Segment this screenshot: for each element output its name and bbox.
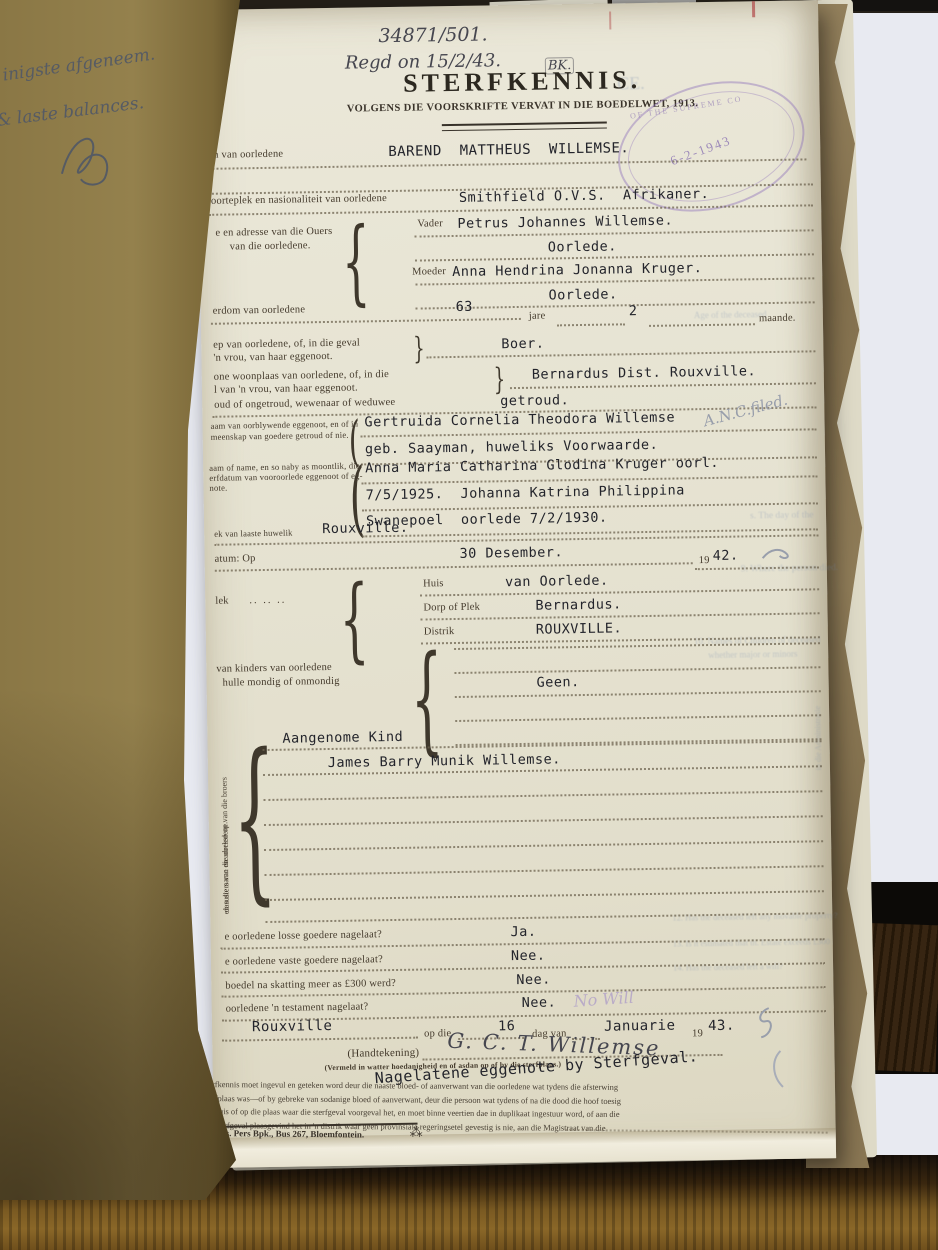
no-will-handwritten: No Will [573, 988, 634, 1011]
dotted-line [426, 350, 815, 358]
spouse-value-2: geb. Saayman, huweliks Voorwaarde. [365, 437, 659, 458]
footnote-block: sterfkennis moet ingevul en geteken word… [202, 1078, 822, 1136]
dotted-line [222, 1037, 418, 1042]
ghost-text: s. The day of the [750, 510, 814, 521]
adopted-child-heading: Aangenome Kind [282, 729, 403, 747]
dotted-line [455, 714, 821, 722]
dotted-line [265, 865, 824, 876]
siblings-brace: { [231, 731, 278, 907]
mother-label: Moeder [412, 266, 446, 279]
house-value: van Oorlede. [505, 573, 609, 591]
years-word: jare [529, 311, 546, 323]
dotted-line [265, 890, 824, 901]
residence-label-2: l van 'n vrou, van haar eggenoot. [214, 383, 358, 397]
signing-month-value: Januarie [604, 1018, 676, 1035]
dotted-line [264, 840, 823, 851]
death-place-label: lek [215, 596, 229, 608]
estate-value-label: boedel na skatting meer as £300 werd? [225, 978, 396, 993]
occupation-label-1: ep van oorledene, of, in die geval [213, 337, 360, 351]
mother-status: Oorlede. [548, 286, 617, 303]
children-label-1: van kinders van oorledene [216, 662, 332, 676]
district-value: ROUXVILLE. [536, 620, 623, 637]
signing-year-value: 43. [708, 1018, 735, 1034]
file-number-handwritten: 34871/501. [378, 23, 487, 47]
birthplace-label: oorteplek en nasionaliteit van oorledene [211, 193, 387, 208]
father-value: Petrus Johannes Willemse. [457, 213, 673, 232]
will-label: oorledene 'n testament nagelaat? [226, 1001, 369, 1015]
title-rule [442, 122, 607, 132]
dotted-line [420, 588, 819, 596]
red-mark-2 [609, 11, 611, 29]
dotted-line [455, 690, 821, 698]
residence-value: Bernardus Dist. Rouxville. [532, 363, 757, 383]
parents-label-1: e en adresse van die Ouers [215, 226, 332, 240]
siblings-side-label-2: en susters van die oorledene. [219, 758, 230, 914]
dotted-line [510, 382, 816, 389]
parents-label-2: van die oorledene. [230, 240, 311, 253]
months-word: maande. [759, 313, 796, 326]
marital-label: oud of ongetroud, wewenaar of weduwee [214, 397, 395, 412]
signing-year-prefix: 19 [692, 1028, 703, 1040]
children-brace: { [410, 640, 444, 758]
mother-value: Anna Hendrina Jonanna Kruger. [452, 260, 702, 280]
name-value: BAREND MATTHEUS WILLEMSE. [388, 140, 629, 160]
pencil-mark [760, 545, 794, 564]
house-label: Huis [423, 578, 444, 590]
cover-initials-flourish [44, 121, 132, 196]
death-date-value: 30 Desember. [459, 544, 563, 562]
occupation-brace: } [413, 334, 425, 364]
estate-value-value: Nee. [516, 972, 551, 989]
dotted-line [263, 790, 822, 801]
dotted-line [649, 323, 755, 327]
father-status: Oorlede. [548, 238, 617, 255]
occupation-label-2: 'n vrou, van haar eggenoot. [213, 351, 332, 365]
death-notice-page: CE. Age of the deceased s. The day of th… [196, 0, 836, 1168]
ghost-text: Age of the deceased [694, 309, 767, 320]
adopted-child-name: James Barry Munik Willemse. [328, 751, 561, 771]
name-label: m van oorledene [210, 149, 283, 162]
dotted-line [211, 318, 521, 325]
fixed-property-label: e oorledene vaste goedere nagelaat? [225, 954, 383, 969]
age-label: erdom van oorledene [213, 304, 306, 318]
fixed-property-value: Nee. [511, 948, 546, 965]
dotted-line [557, 323, 625, 326]
spouse-label-2: meenskap van goedere getroud of nie. [211, 431, 349, 443]
movable-property-value: Ja. [510, 924, 536, 940]
marital-value: getroud. [500, 392, 569, 409]
form-title: STERFKENNIS. [357, 64, 687, 99]
will-value: Nee. [522, 994, 557, 1011]
dotted-line [361, 428, 817, 437]
dotted-line [264, 815, 823, 826]
movable-property-label: e oorledene losse goedere nagelaat? [224, 929, 382, 944]
death-date-label: atum: Op [215, 553, 256, 566]
children-value: Geen. [536, 674, 579, 691]
last-marriage-value: Rouxville. [322, 520, 409, 537]
handtekening-label: (Handtekening) [347, 1047, 419, 1061]
dotted-line [454, 666, 820, 674]
residence-label-1: one woonplaas van oorledene, of, in die [214, 369, 389, 384]
age-years-value: 63 [456, 299, 474, 315]
parents-brace: { [341, 215, 370, 308]
red-mark [752, 1, 755, 17]
ghost-text: whether major or minors [708, 649, 797, 660]
death-place-brace: { [339, 573, 370, 665]
anc-filed-pencil-note: A.N.C.filed. [701, 391, 789, 431]
dotted-line [215, 562, 693, 572]
death-year-value: 42. [713, 548, 739, 564]
town-label: Dorp of Plek [423, 602, 480, 615]
predeceased-label-3: note. [209, 484, 227, 494]
age-months-value: 2 [629, 303, 638, 319]
town-value: Bernardus. [535, 596, 622, 613]
death-year-prefix: 19 [699, 555, 710, 567]
signing-place-value: Rouxville [252, 1018, 333, 1035]
residence-brace: } [493, 365, 505, 395]
predeceased-value-1: Anna Maria Catharina Glodina Kruger oorl… [365, 455, 719, 477]
last-marriage-label: ek van laaste huwelik [214, 529, 293, 540]
predeceased-label-2: erfdatum van vooroorlede eggenoot of eg- [209, 471, 362, 483]
father-label: Vader [417, 218, 443, 230]
dotted-line [421, 612, 820, 620]
printer-ornament: ⁂ [410, 1125, 423, 1141]
predeceased-value-2: 7/5/1925. Johanna Katrina Philippina [366, 482, 685, 503]
pencil-mark [754, 1005, 775, 1041]
children-label-2: hulle mondig of onmondig [222, 676, 339, 690]
occupation-value: Boer. [501, 336, 544, 353]
death-place-dots: .. .. .. [249, 595, 286, 608]
dotted-line [415, 253, 814, 261]
